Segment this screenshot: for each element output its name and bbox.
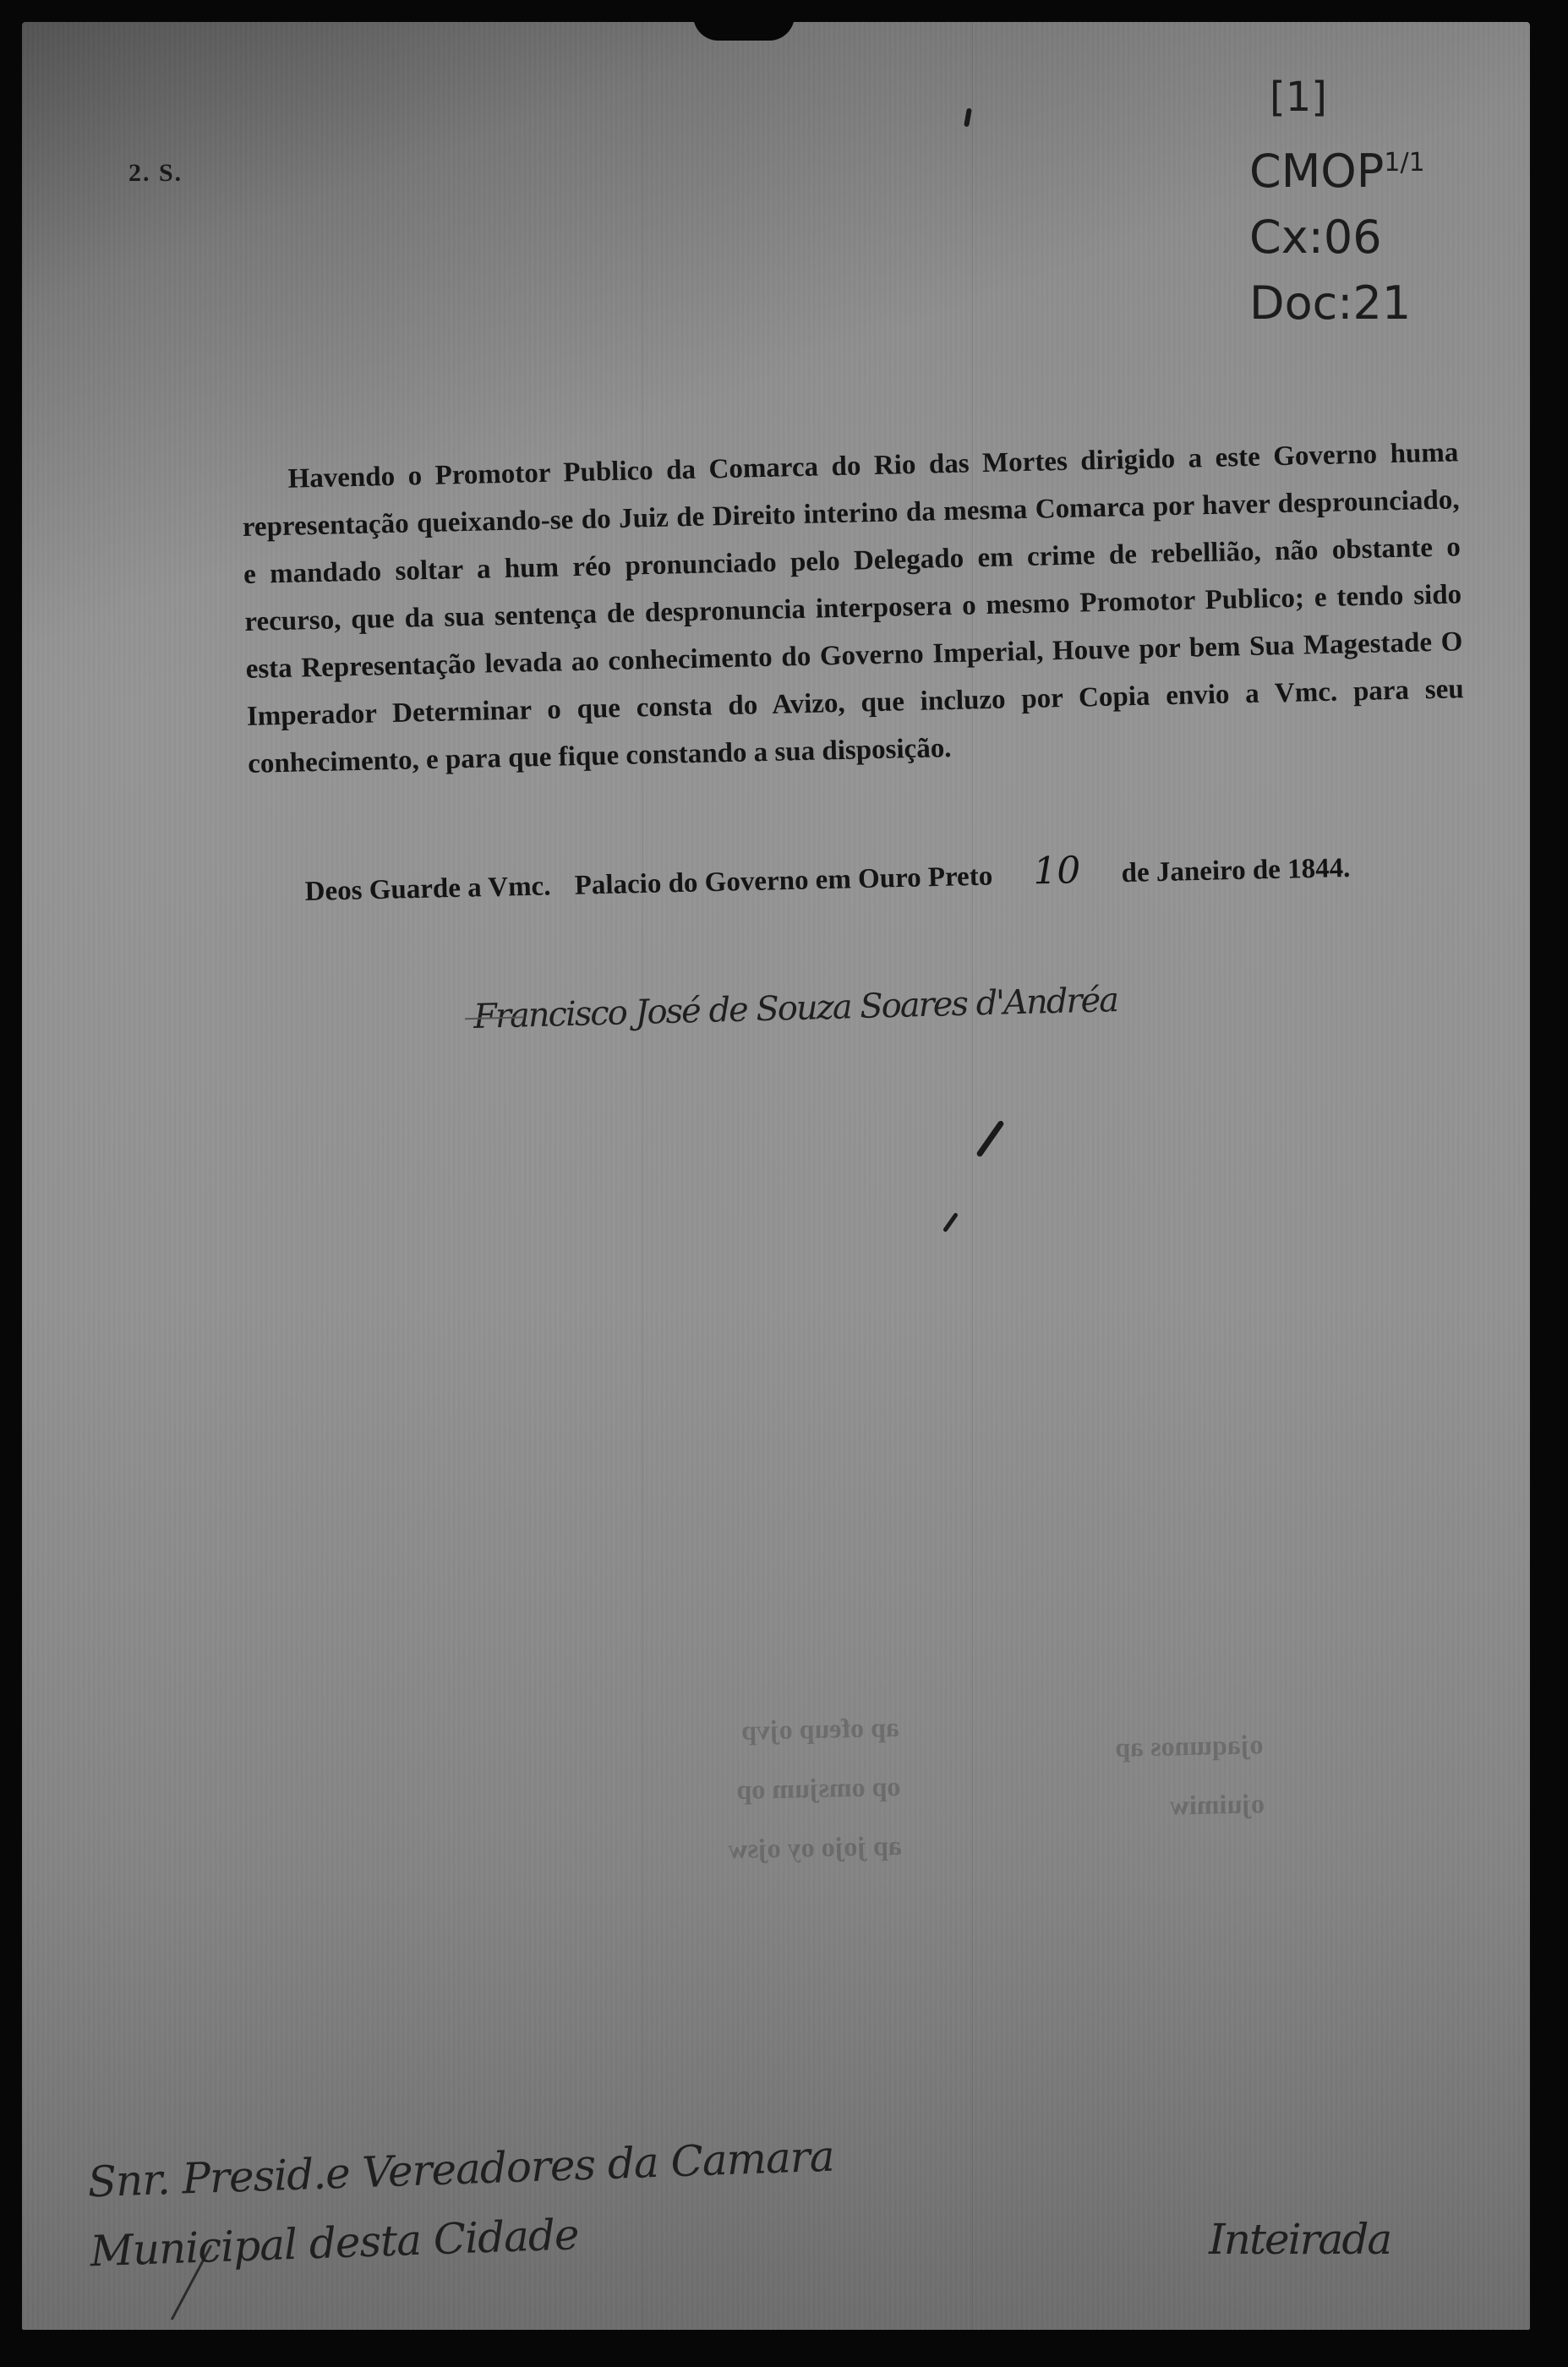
paper-tear bbox=[693, 15, 795, 41]
date-rest: de Janeiro de 1844. bbox=[1121, 853, 1350, 888]
page-mark: 2. S. bbox=[128, 159, 183, 188]
archive-fund-superscript: 1/1 bbox=[1384, 148, 1424, 178]
document-page bbox=[22, 22, 1530, 2330]
letter-body: Havendo o Promotor Publico da Comarca do… bbox=[241, 429, 1466, 788]
place: Palacio do Governo em Ouro Preto bbox=[574, 861, 992, 901]
handwritten-day: 10 bbox=[1033, 849, 1081, 893]
archive-box: Cx:06 bbox=[1249, 205, 1435, 271]
body-paragraph: Havendo o Promotor Publico da Comarca do… bbox=[241, 429, 1466, 788]
show-through-text: ap ofeup ojvp op omsjum op ap jojo oy oj… bbox=[725, 1697, 903, 1878]
addressee: Snr. Presid.e Vereadores da Camara Munic… bbox=[86, 2122, 837, 2287]
archive-reference: [1] CMOP1/1 Cx:06 Doc:21 bbox=[1249, 64, 1435, 336]
archive-fund: CMOP1/1 bbox=[1249, 130, 1435, 205]
paper-crease bbox=[972, 22, 973, 2330]
margin-note: Inteirada bbox=[1209, 2215, 1390, 2264]
paper-crease bbox=[642, 22, 643, 2330]
archive-doc: Doc:21 bbox=[1249, 271, 1435, 336]
show-through-text: ojaqɯnos ap ojuimiw bbox=[1115, 1714, 1265, 1836]
salutation: Deos Guarde a Vmc. bbox=[304, 871, 551, 907]
archive-bracket-number: [1] bbox=[1249, 64, 1435, 130]
